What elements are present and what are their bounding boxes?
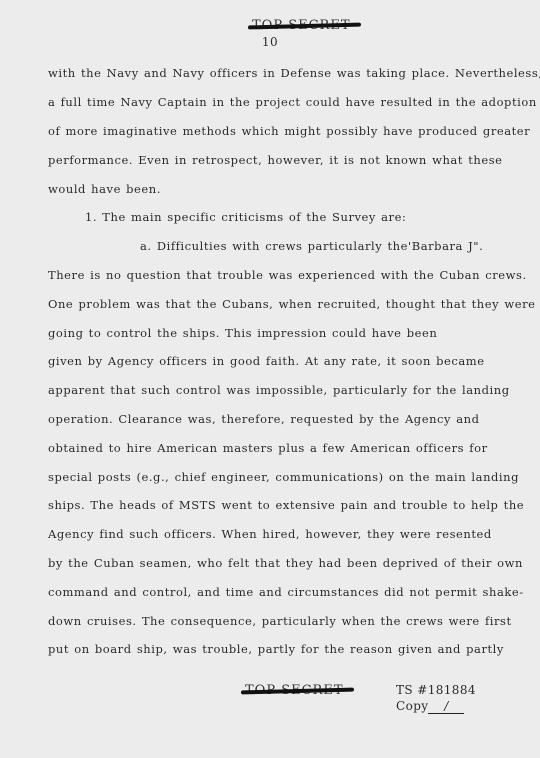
body-line: with the Navy and Navy officers in Defen… (48, 66, 540, 80)
copy-number: Copy/ (396, 699, 464, 714)
body-line: performance. Even in retrospect, however… (48, 153, 503, 167)
classification-header: TOP SECRET (252, 18, 351, 33)
body-line: ships. The heads of MSTS went to extensi… (48, 498, 524, 512)
body-line: Agency find such officers. When hired, h… (48, 527, 492, 541)
ts-control-number: TS #181884 (396, 683, 476, 697)
body-line: put on board ship, was trouble, partly f… (48, 642, 504, 656)
body-line: going to control the ships. This impress… (48, 326, 437, 340)
body-line: obtained to hire American masters plus a… (48, 441, 488, 455)
body-line: apparent that such control was impossibl… (48, 383, 510, 397)
classification-footer: TOP SECRET (245, 683, 344, 698)
body-line: of more imaginative methods which might … (48, 124, 530, 138)
body-line: down cruises. The consequence, particula… (48, 614, 512, 628)
section-heading: 1. The main specific criticisms of the S… (85, 210, 406, 224)
body-line: by the Cuban seamen, who felt that they … (48, 556, 523, 570)
body-line: operation. Clearance was, therefore, req… (48, 412, 480, 426)
body-line: special posts (e.g., chief engineer, com… (48, 470, 519, 484)
body-line: command and control, and time and circum… (48, 585, 524, 599)
body-line: given by Agency officers in good faith. … (48, 354, 485, 368)
body-line: a full time Navy Captain in the project … (48, 95, 537, 109)
subsection-heading: a. Difficulties with crews particularly … (140, 239, 483, 253)
copy-number-value: / (428, 699, 464, 714)
body-line: would have been. (48, 182, 161, 196)
page-number: 10 (0, 35, 540, 49)
body-line: There is no question that trouble was ex… (48, 268, 527, 282)
body-line: One problem was that the Cubans, when re… (48, 297, 536, 311)
